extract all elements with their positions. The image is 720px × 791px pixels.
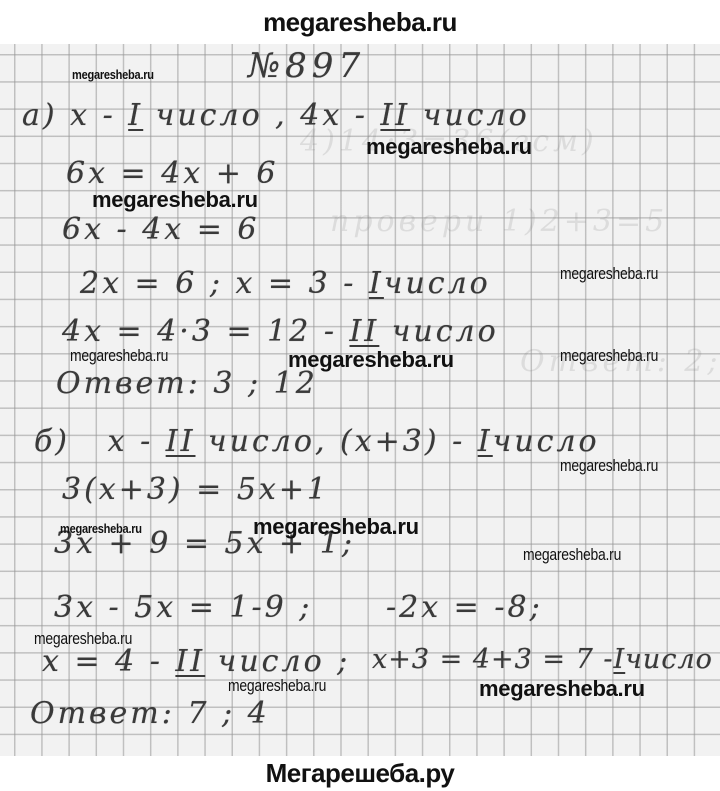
part-b-answer: Ответ: 7 ; 4 [30,696,270,731]
watermark: megaresheba.ru [70,346,168,366]
watermark: megaresheba.ru [228,676,326,696]
watermark: megaresheba.ru [366,134,532,160]
equation-line: 4x = 4·3 = 12 - II число [62,314,499,349]
watermark: megaresheba.ru [288,347,454,373]
equation-line: -2x = -8; [386,590,543,625]
problem-number: №897 [248,46,365,86]
notebook-page: 4)14:3=36(гсм) провери 1)2+3=5 Ответ: 2;… [0,44,720,756]
equation-line: x+3 = 4+3 = 7 -Iчисло [372,644,713,675]
site-name: megaresheba.ru [263,7,457,37]
watermark: megaresheba.ru [560,264,658,284]
part-a-answer: Ответ: 3 ; 12 [56,366,318,401]
part-a-label: а) [22,98,58,133]
watermark: megaresheba.ru [479,676,645,702]
site-name-cyrillic: Мегарешеба.ру [266,758,455,788]
watermark: megaresheba.ru [92,187,258,213]
watermark: megaresheba.ru [34,629,132,649]
part-b-label: б) [34,424,70,459]
watermark: megaresheba.ru [253,514,419,540]
watermark: megaresheba.ru [560,346,658,366]
equation-line: 3x - 5x = 1-9 ; [54,590,312,625]
site-header: megaresheba.ru [0,0,720,44]
equation-line: 6x - 4x = 6 [62,212,260,247]
watermark: megaresheba.ru [72,67,154,82]
equation-line: 2x = 6 ; x = 3 - Iчисло [80,266,491,301]
site-footer: Мегарешеба.ру [0,756,720,791]
equation-line: 3(x+3) = 5x+1 [62,472,329,507]
watermark: megaresheba.ru [523,545,621,565]
part-a-definition: а) x - I число , 4x - II число [22,98,530,133]
watermark: megaresheba.ru [560,456,658,476]
part-b-definition: б) x - II число, (x+3) - Iчисло [34,424,600,459]
equation-line: 6x = 4x + 6 [66,156,279,191]
bleed-through: провери 1)2+3=5 [330,204,668,239]
equation-line: x = 4 - II число ; [42,644,350,679]
watermark: megaresheba.ru [60,521,142,536]
